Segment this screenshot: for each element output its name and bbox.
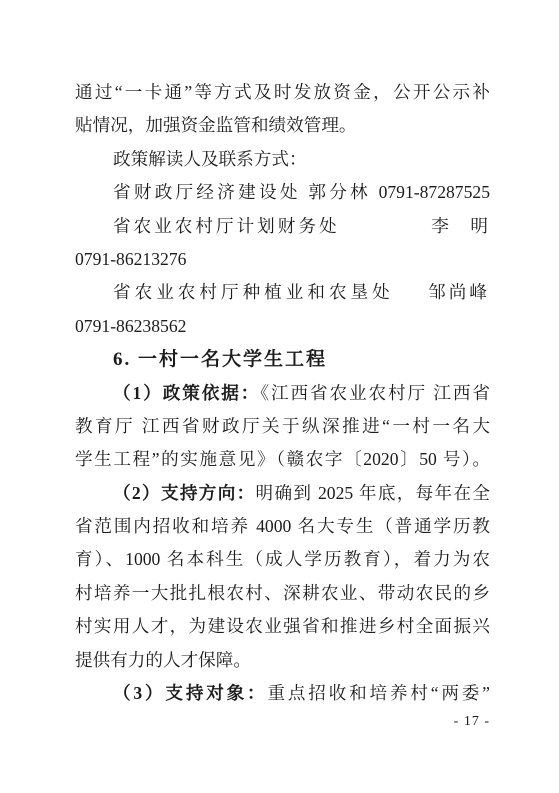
support-direction-line: （2）支持方向：明确到 2025 年底，每年在全 bbox=[75, 477, 490, 510]
page-number: - 17 - bbox=[0, 714, 490, 730]
document-body: 通过“一卡通”等方式及时发放资金，公开公示补 贴情况，加强资金监管和绩效管理。 … bbox=[75, 76, 490, 710]
text-line: 教育厅 江西省财政厅关于纵深推进“一村一名大 bbox=[75, 410, 490, 443]
contact-name: 邹尚峰 bbox=[428, 276, 490, 309]
support-target-line: （3）支持对象：重点招收和培养村“两委” bbox=[75, 677, 490, 710]
text-line: 贴情况，加强资金监管和绩效管理。 bbox=[75, 109, 490, 142]
section-heading-text: 6. 一村一名大学生工程 bbox=[113, 349, 327, 370]
text-line: 育）、1000 名本科生（成人学历教育），着力为农 bbox=[75, 543, 490, 576]
text-line: 学生工程”的实施意见》（赣农字〔2020〕50 号）。 bbox=[75, 443, 490, 476]
item-text: 《江西省农业农村厅 江西省 bbox=[260, 383, 490, 403]
item-text: 明确到 2025 年底，每年在全 bbox=[256, 483, 490, 503]
item-text: 重点招收和培养村“两委” bbox=[267, 683, 490, 703]
item-label: （3）支持对象： bbox=[113, 683, 267, 703]
text-line: 省范围内招收和培养 4000 名大专生（普通学历教 bbox=[75, 510, 490, 543]
item-label: （2）支持方向： bbox=[113, 483, 256, 503]
contact-line: 省农业农村厅种植业和农垦处 邹尚峰 bbox=[75, 276, 490, 309]
text-line: 村培养一大批扎根农村、深耕农业、带动农民的乡 bbox=[75, 577, 490, 610]
contact-department: 省农业农村厅计划财务处 bbox=[113, 210, 340, 243]
contact-intro-line: 政策解读人及联系方式： bbox=[75, 143, 490, 176]
contact-phone-line: 0791-86213276 bbox=[75, 243, 490, 276]
contact-line: 省农业农村厅计划财务处 李 明 bbox=[75, 210, 490, 243]
policy-basis-line: （1）政策依据：《江西省农业农村厅 江西省 bbox=[75, 377, 490, 410]
contact-department: 省农业农村厅种植业和农垦处 bbox=[113, 276, 394, 309]
contact-name: 李 明 bbox=[431, 210, 490, 243]
document-page: 通过“一卡通”等方式及时发放资金，公开公示补 贴情况，加强资金监管和绩效管理。 … bbox=[0, 0, 559, 793]
contact-line: 省财政厅经济建设处 郭分林 0791-87287525 bbox=[75, 176, 490, 209]
text-line: 提供有力的人才保障。 bbox=[75, 644, 490, 677]
contact-phone-line: 0791-86238562 bbox=[75, 310, 490, 343]
text-line: 通过“一卡通”等方式及时发放资金，公开公示补 bbox=[75, 76, 490, 109]
section-heading: 6. 一村一名大学生工程 bbox=[75, 343, 490, 376]
text-line: 村实用人才，为建设农业强省和推进乡村全面振兴 bbox=[75, 610, 490, 643]
item-label: （1）政策依据： bbox=[113, 383, 260, 403]
